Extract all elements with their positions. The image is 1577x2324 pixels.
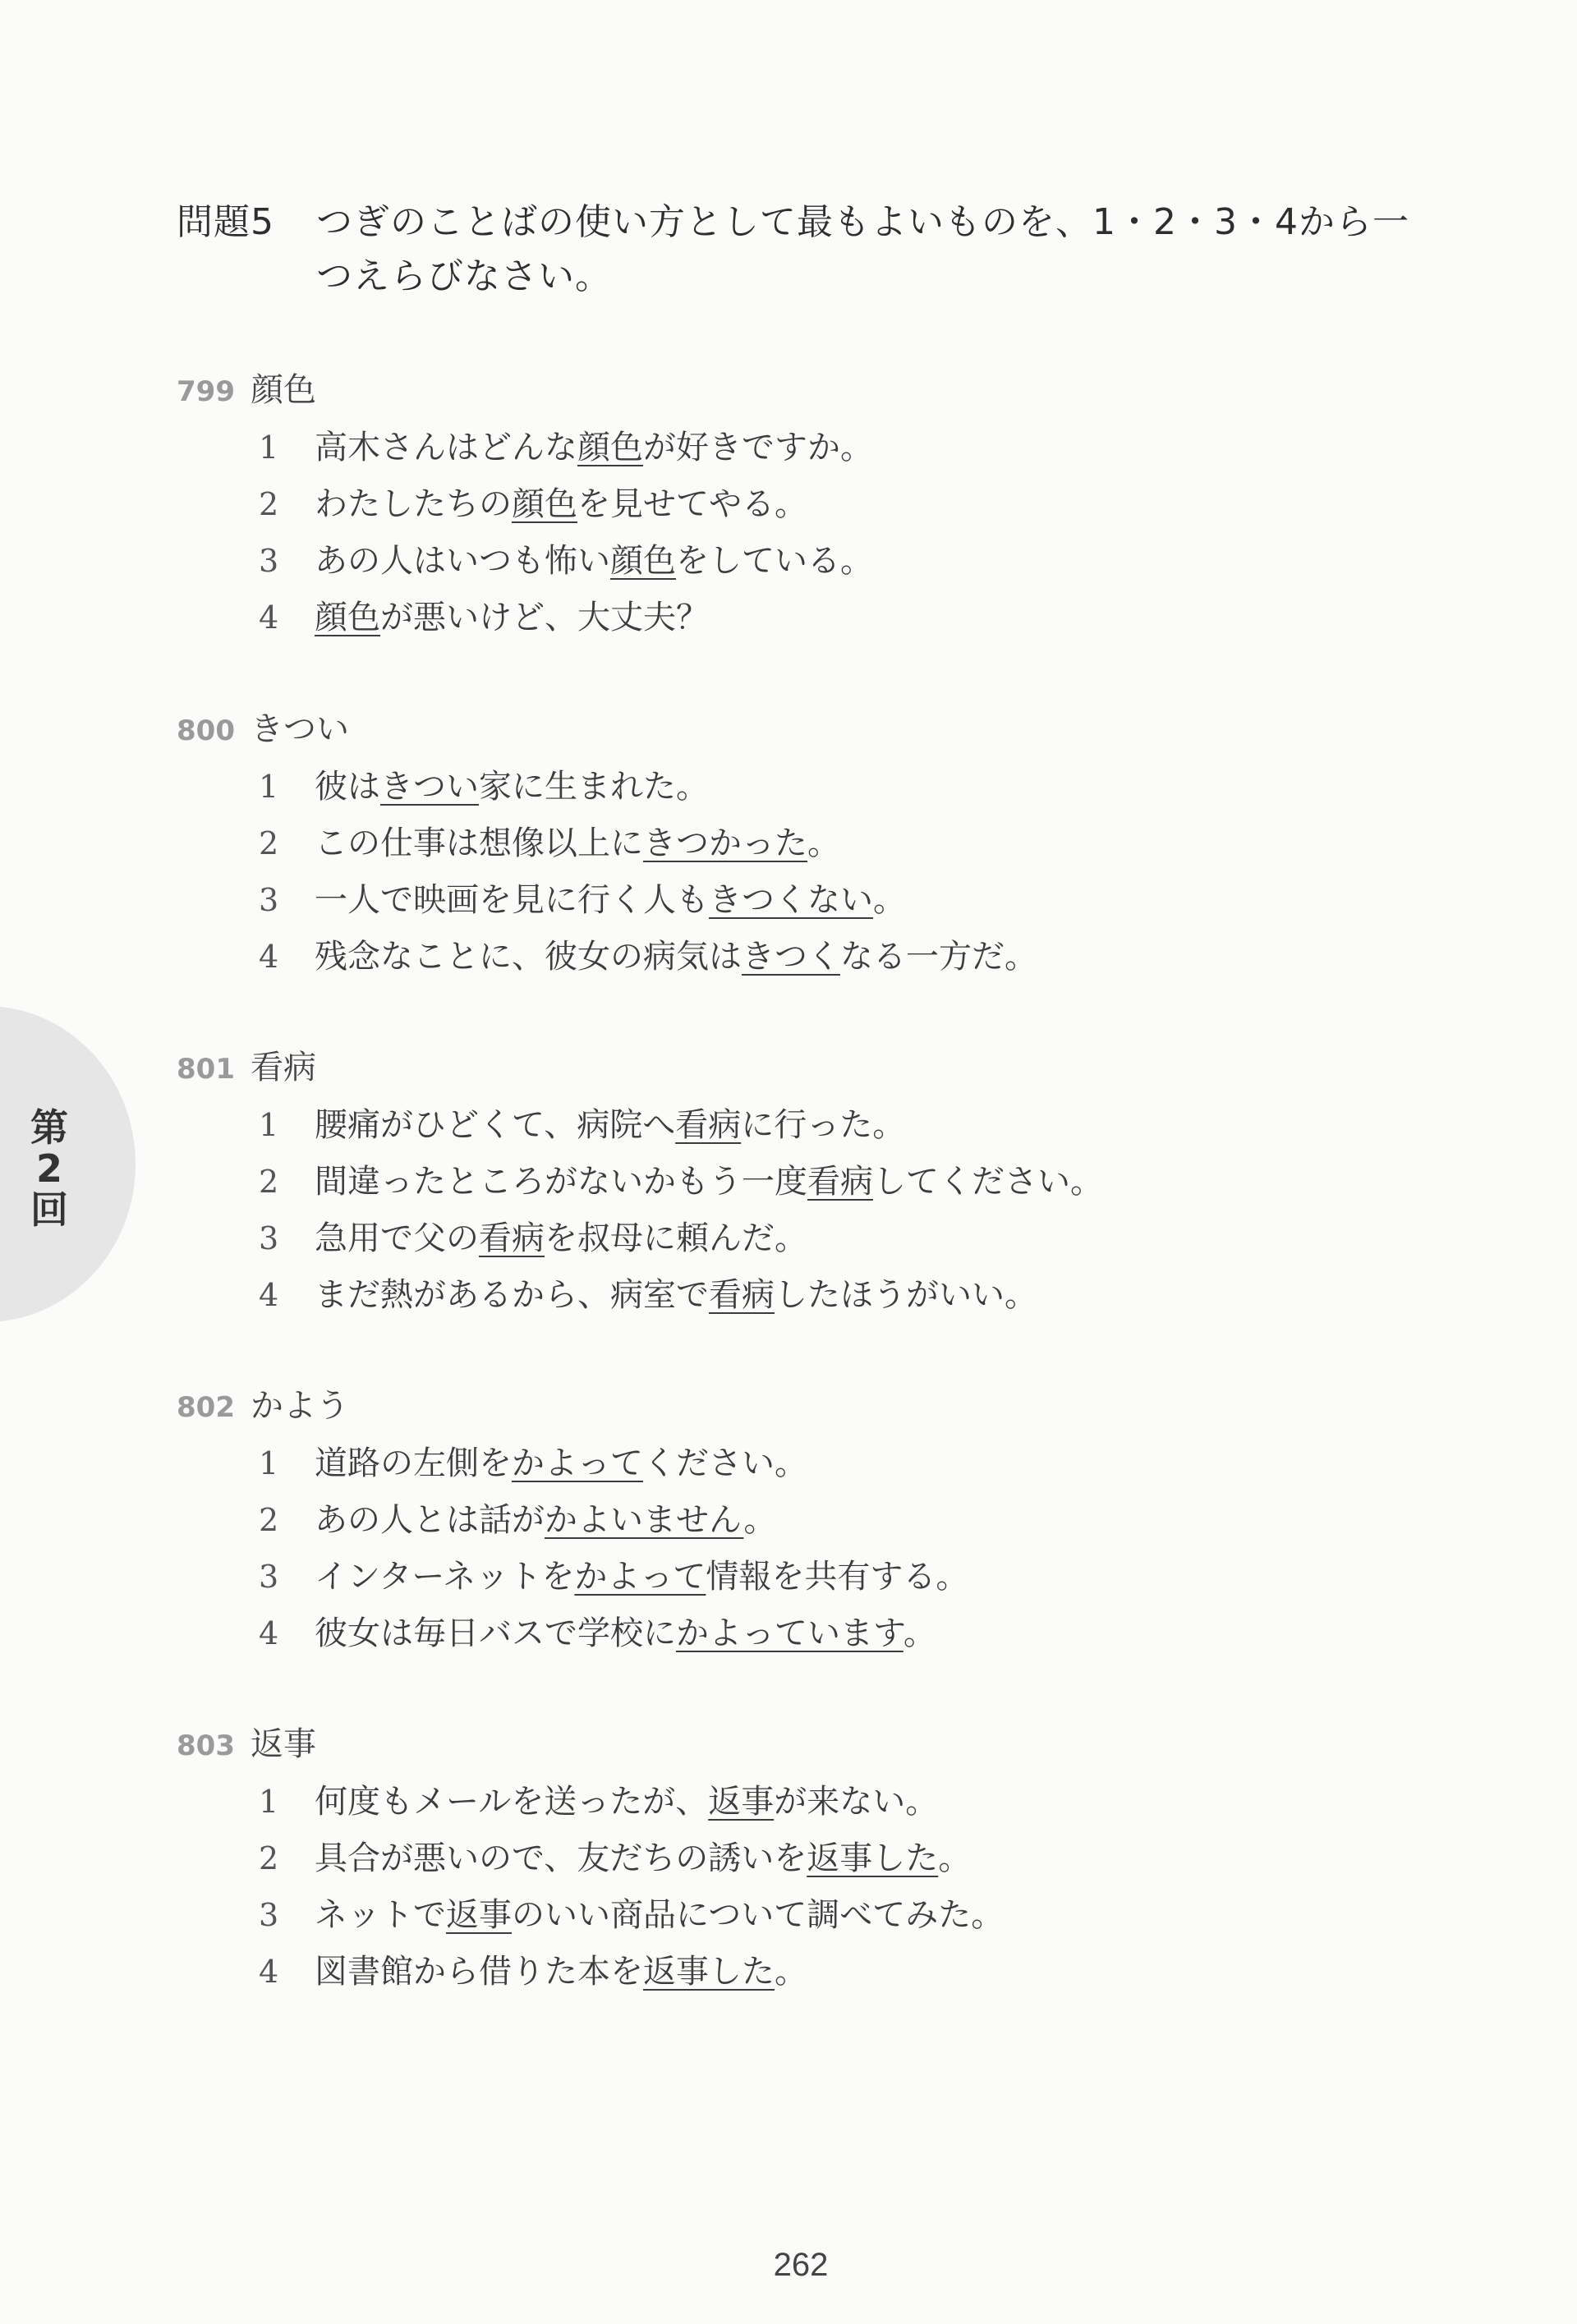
option-number: 1 (259, 1779, 315, 1825)
question-word: きつい (251, 710, 349, 748)
option-number: 3 (259, 1554, 315, 1600)
option-text: 彼は (315, 768, 380, 806)
option-number: 2 (259, 820, 315, 866)
underlined-word: かよっています (676, 1614, 903, 1652)
question-header: 801看病 (177, 1043, 1103, 1092)
option-text: わたしたちの (315, 485, 512, 523)
question-number: 800 (177, 706, 251, 756)
option-number: 2 (259, 1835, 315, 1881)
option-text: を叔母に頼んだ。 (545, 1219, 807, 1257)
option-text: ネットで (315, 1896, 446, 1934)
option-text: あの人とは話が (315, 1501, 545, 1539)
option-text: 道路の左側を (315, 1444, 512, 1482)
instructions-line-1: 問題5つぎのことばの使い方として最もよいものを、1・2・3・4から一 (177, 195, 1409, 250)
question-word: 看病 (251, 1049, 316, 1086)
options-list: 1高木さんはどんな顔色が好きですか。 2わたしたちの顔色を見せてやる。 3あの人… (177, 425, 873, 651)
option-text: のいい商品について調べてみた。 (512, 1896, 1004, 1934)
option-number: 4 (259, 1610, 315, 1656)
option-number: 1 (259, 425, 315, 471)
option[interactable]: 3急用で父の看病を叔母に頼んだ。 (177, 1215, 1103, 1272)
option[interactable]: 3ネットで返事のいい商品について調べてみた。 (177, 1892, 1004, 1949)
option[interactable]: 4残念なことに、彼女の病気はきつくなる一方だ。 (177, 934, 1037, 990)
option-number: 4 (259, 595, 315, 641)
option-number: 2 (259, 481, 315, 527)
option[interactable]: 3一人で映画を見に行く人もきつくない。 (177, 877, 1037, 934)
option-text: 家に生まれた。 (479, 768, 709, 806)
option-text: をしている。 (676, 542, 873, 580)
underlined-word: かよいません (545, 1501, 743, 1539)
option-text: インターネットを (315, 1558, 574, 1596)
option-text: 。 (873, 881, 906, 919)
option[interactable]: 1高木さんはどんな顔色が好きですか。 (177, 425, 873, 481)
option[interactable]: 1腰痛がひどくて、病院へ看病に行った。 (177, 1102, 1103, 1159)
option-text: が好きですか。 (643, 429, 873, 466)
question-number: 801 (177, 1045, 251, 1094)
underlined-word: きつい (380, 768, 479, 806)
option[interactable]: 2この仕事は想像以上にきつかった。 (177, 820, 1037, 877)
underlined-word: かよって (512, 1444, 643, 1482)
underlined-word: 返事した (643, 1953, 775, 1991)
options-list: 1何度もメールを送ったが、返事が来ない。 2具合が悪いので、友だちの誘いを返事し… (177, 1779, 1004, 2005)
underlined-word: 看病 (479, 1219, 545, 1257)
option-text: を見せてやる。 (577, 485, 807, 523)
option-text: 彼女は毎日バスで学校に (315, 1614, 676, 1652)
instructions: 問題5つぎのことばの使い方として最もよいものを、1・2・3・4から一 つえらびな… (177, 195, 1409, 304)
option-text: してください。 (873, 1163, 1103, 1201)
question-word: 顔色 (251, 371, 316, 409)
option-number: 3 (259, 1215, 315, 1261)
page-number: 262 (0, 2247, 1577, 2284)
option[interactable]: 4まだ熱があるから、病室で看病したほうがいい。 (177, 1272, 1103, 1329)
option-number: 3 (259, 538, 315, 584)
option-text: 情報を共有する。 (706, 1558, 968, 1596)
question-word: 返事 (251, 1725, 316, 1763)
option[interactable]: 3あの人はいつも怖い顔色をしている。 (177, 538, 873, 595)
option-number: 2 (259, 1159, 315, 1205)
option-number: 1 (259, 764, 315, 810)
option-text: 。 (903, 1614, 936, 1652)
option[interactable]: 4図書館から借りた本を返事した。 (177, 1949, 1004, 2005)
underlined-word: 顔色 (577, 429, 643, 466)
option-text: 。 (775, 1953, 807, 1991)
underlined-word: 顔色 (512, 485, 577, 523)
option-number: 3 (259, 1892, 315, 1938)
option-text: なる一方だ。 (840, 938, 1037, 976)
option-text: まだ熱があるから、病室で (315, 1276, 709, 1314)
question-802: 802かよう 1道路の左側をかよってください。 2あの人とは話がかよいません。 … (177, 1381, 968, 1667)
underlined-word: 看病 (807, 1163, 873, 1201)
option[interactable]: 1道路の左側をかよってください。 (177, 1440, 968, 1497)
underlined-word: きつかった (643, 824, 807, 862)
option-text: 残念なことに、彼女の病気は (315, 938, 742, 976)
option-text: 高木さんはどんな (315, 429, 577, 466)
tab-char: 2 (26, 1148, 72, 1189)
question-801: 801看病 1腰痛がひどくて、病院へ看病に行った。 2間違ったところがないかもう… (177, 1043, 1103, 1329)
option-number: 1 (259, 1440, 315, 1486)
question-word: かよう (251, 1387, 349, 1425)
option-number: 1 (259, 1102, 315, 1148)
question-header: 803返事 (177, 1720, 1004, 1769)
options-list: 1彼はきつい家に生まれた。 2この仕事は想像以上にきつかった。 3一人で映画を見… (177, 764, 1037, 990)
question-header: 800きつい (177, 705, 1037, 754)
underlined-word: きつくない (709, 881, 873, 919)
option-text: 。 (938, 1839, 971, 1877)
question-800: 800きつい 1彼はきつい家に生まれた。 2この仕事は想像以上にきつかった。 3… (177, 705, 1037, 990)
underlined-word: 看病 (675, 1106, 741, 1144)
option[interactable]: 4彼女は毎日バスで学校にかよっています。 (177, 1610, 968, 1667)
option-text: 具合が悪いので、友だちの誘いを (315, 1839, 807, 1877)
option[interactable]: 2あの人とは話がかよいません。 (177, 1497, 968, 1554)
option-text: したほうがいい。 (775, 1276, 1037, 1314)
underlined-word: かよって (574, 1558, 706, 1596)
options-list: 1腰痛がひどくて、病院へ看病に行った。 2間違ったところがないかもう一度看病して… (177, 1102, 1103, 1329)
underlined-word: 返事した (807, 1839, 938, 1877)
option-text: 。 (807, 824, 840, 862)
option[interactable]: 1何度もメールを送ったが、返事が来ない。 (177, 1779, 1004, 1835)
option-number: 2 (259, 1497, 315, 1543)
option[interactable]: 4顔色が悪いけど、大丈夫？ (177, 595, 873, 651)
options-list: 1道路の左側をかよってください。 2あの人とは話がかよいません。 3インターネッ… (177, 1440, 968, 1667)
underlined-word: 顔色 (610, 542, 676, 580)
option-text: 急用で父の (315, 1219, 479, 1257)
section-tab-label: 第 2 回 (26, 1107, 72, 1230)
question-799: 799顔色 1高木さんはどんな顔色が好きですか。 2わたしたちの顔色を見せてやる… (177, 365, 873, 651)
underlined-word: きつく (742, 938, 840, 976)
question-803: 803返事 1何度もメールを送ったが、返事が来ない。 2具合が悪いので、友だちの… (177, 1720, 1004, 2005)
question-number: 799 (177, 367, 251, 416)
question-number: 803 (177, 1721, 251, 1771)
option-number: 4 (259, 934, 315, 980)
question-header: 799顔色 (177, 365, 873, 415)
underlined-word: 返事 (446, 1896, 512, 1934)
option-number: 4 (259, 1949, 315, 1995)
option[interactable]: 3インターネットをかよって情報を共有する。 (177, 1554, 968, 1610)
option-text: 。 (743, 1501, 776, 1539)
underlined-word: 看病 (709, 1276, 775, 1314)
option-text: 一人で映画を見に行く人も (315, 881, 709, 919)
option-text: 何度もメールを送ったが、 (315, 1783, 708, 1821)
problem-label: 問題5 (177, 195, 316, 250)
option-text: 腰痛がひどくて、病院へ (315, 1106, 675, 1144)
underlined-word: 顔色 (315, 599, 380, 636)
option-number: 4 (259, 1272, 315, 1318)
option[interactable]: 2わたしたちの顔色を見せてやる。 (177, 481, 873, 538)
option-text: ください。 (643, 1444, 807, 1482)
option-text: が来ない。 (774, 1783, 938, 1821)
option-text: 図書館から借りた本を (315, 1953, 643, 1991)
option[interactable]: 2具合が悪いので、友だちの誘いを返事した。 (177, 1835, 1004, 1892)
question-number: 802 (177, 1383, 251, 1432)
option-text: あの人はいつも怖い (315, 542, 610, 580)
option-text: この仕事は想像以上に (315, 824, 643, 862)
option-number: 3 (259, 877, 315, 923)
option-text: が悪いけど、大丈夫？ (380, 599, 709, 636)
option-text: に行った。 (741, 1106, 905, 1144)
instructions-line-2: つえらびなさい。 (177, 250, 1409, 304)
option[interactable]: 2間違ったところがないかもう一度看病してください。 (177, 1159, 1103, 1215)
option[interactable]: 1彼はきつい家に生まれた。 (177, 764, 1037, 820)
tab-char: 回 (26, 1189, 72, 1230)
question-header: 802かよう (177, 1381, 968, 1431)
tab-char: 第 (26, 1107, 72, 1148)
underlined-word: 返事 (708, 1783, 774, 1821)
instructions-text: つぎのことばの使い方として最もよいものを、1・2・3・4から一 (316, 201, 1409, 243)
option-text: 間違ったところがないかもう一度 (315, 1163, 807, 1201)
